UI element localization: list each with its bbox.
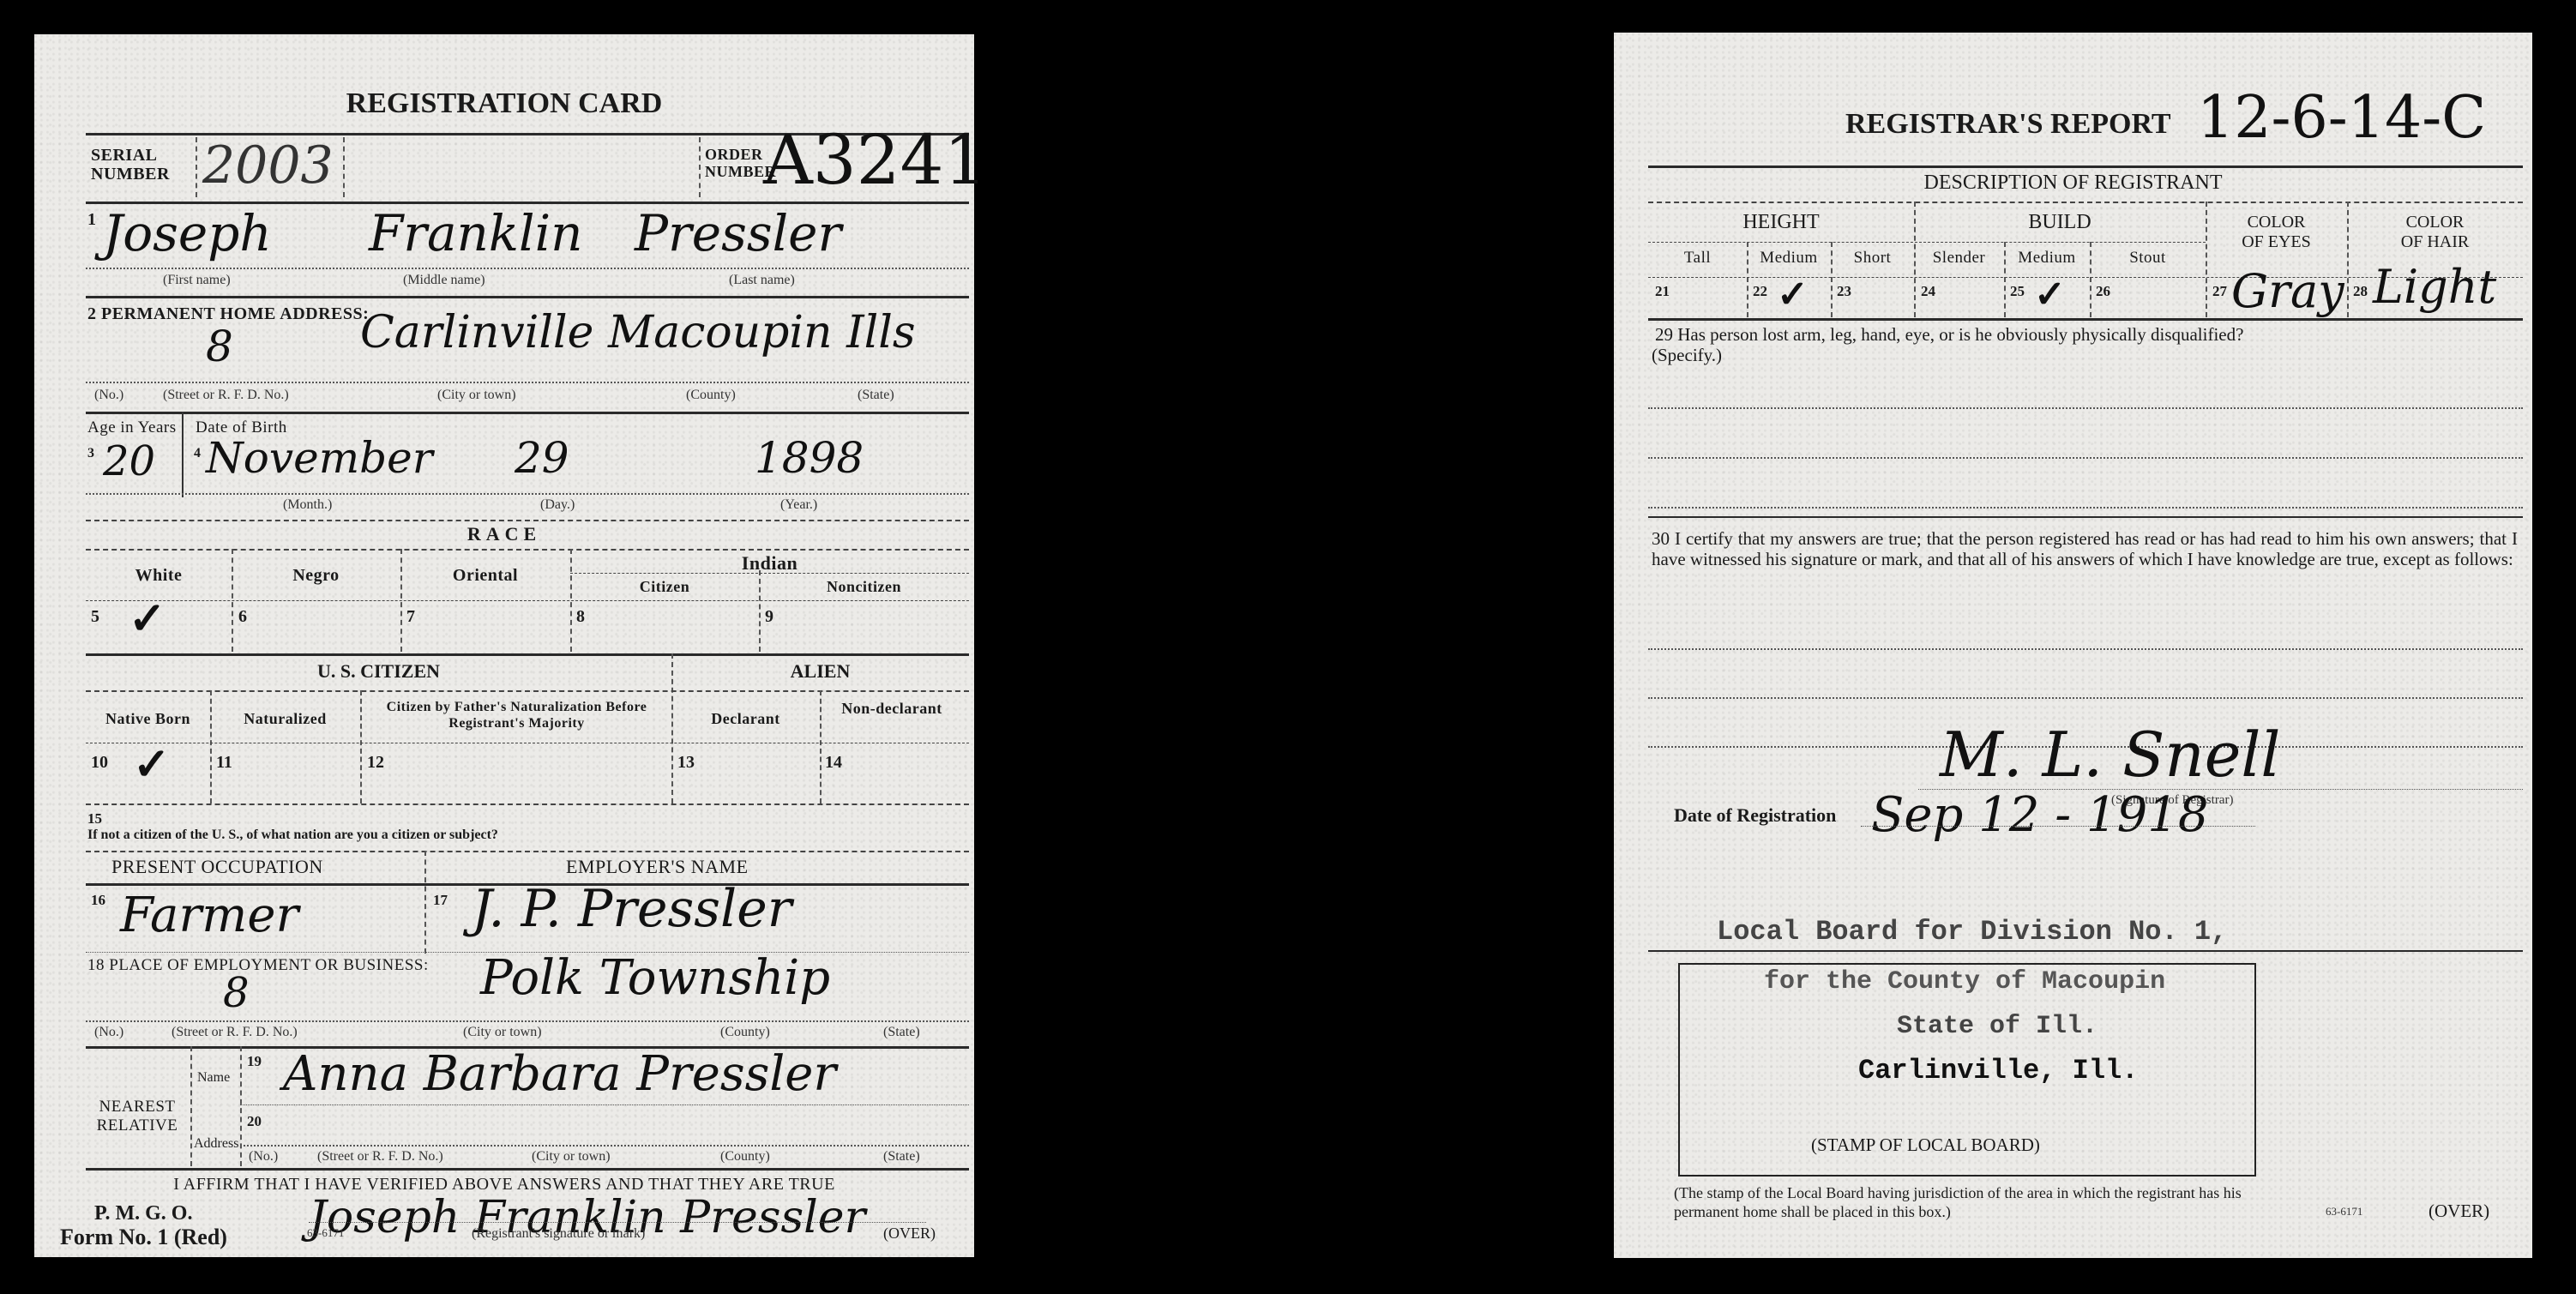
- stamp-caption: (STAMP OF LOCAL BOARD): [1811, 1135, 2040, 1156]
- last-name-caption: (Last name): [729, 273, 795, 288]
- divider: [210, 690, 212, 803]
- build-slender-label: Slender: [1914, 249, 2004, 268]
- divider: [240, 1145, 969, 1147]
- divider: [1648, 950, 2523, 952]
- caption: (Street or R. F. D. No.): [163, 388, 289, 403]
- signature-caption: (Registrant's signature or mark): [472, 1226, 645, 1242]
- field-number: 26: [2096, 283, 2110, 300]
- employer-label: EMPLOYER'S NAME: [566, 856, 749, 878]
- divider: [190, 1046, 192, 1166]
- stamp-instructions: (The stamp of the Local Board having jur…: [1674, 1183, 2257, 1221]
- alien-heading: ALIEN: [671, 660, 969, 683]
- age-value: 20: [103, 437, 155, 485]
- divider: [86, 382, 969, 383]
- occupation-label: PRESENT OCCUPATION: [111, 856, 323, 878]
- serial-number-value: 2003: [202, 135, 334, 196]
- last-name-value: Pressler: [635, 204, 841, 262]
- checkmark-icon: ✓: [2034, 273, 2066, 316]
- field-number: 17: [433, 892, 448, 909]
- divider: [86, 743, 969, 743]
- caption: (Year.): [780, 497, 817, 513]
- divider: [1648, 166, 2523, 168]
- over-note: (OVER): [2429, 1201, 2489, 1222]
- registration-date-value: Sep 12 - 1918: [1871, 787, 2208, 843]
- home-address-value: Carlinville Macoupin Ills: [360, 307, 916, 358]
- answer-line: [1648, 697, 2523, 699]
- divider: [1648, 318, 2523, 321]
- caption: (No.): [249, 1149, 278, 1165]
- divider: [86, 549, 969, 551]
- divider: [1648, 202, 2523, 203]
- field-number: 20: [247, 1113, 262, 1130]
- divider: [570, 573, 969, 574]
- caption: (County): [720, 1025, 770, 1040]
- native-born-label: Native Born: [86, 710, 210, 728]
- registration-date-label: Date of Registration: [1674, 804, 1836, 827]
- hair-color-value: Light: [2373, 260, 2496, 314]
- divider: [424, 851, 426, 954]
- height-medium-label: Medium: [1747, 249, 1831, 268]
- stamp-state-line: State of Ill.: [1897, 1012, 2098, 1041]
- field-number: 28: [2353, 283, 2368, 300]
- stamp-city-line: Carlinville, Ill.: [1858, 1055, 2138, 1086]
- height-short-label: Short: [1831, 249, 1914, 268]
- divider: [240, 1046, 242, 1166]
- build-medium-label: Medium: [2004, 249, 2090, 268]
- hair-color-heading: COLOR OF HAIR: [2347, 213, 2523, 252]
- field-number: 21: [1655, 283, 1670, 300]
- registrar-certification-text: 30 I certify that my answers are true; t…: [1652, 528, 2518, 569]
- relative-name-label: Name: [197, 1070, 230, 1086]
- description-heading: DESCRIPTION OF REGISTRANT: [1614, 172, 2532, 195]
- race-heading: RACE: [34, 523, 974, 545]
- divider: [671, 653, 673, 803]
- caption: (City or town): [532, 1149, 611, 1165]
- caption: (County): [686, 388, 736, 403]
- eye-color-value: Gray: [2231, 264, 2344, 318]
- registration-card-front: REGISTRATION CARD SERIAL NUMBER 2003 ORD…: [34, 34, 974, 1257]
- divider: [86, 520, 969, 521]
- dob-day-value: 29: [515, 433, 569, 483]
- caption: (Street or R. F. D. No.): [317, 1149, 443, 1165]
- divider: [1861, 826, 2255, 827]
- field-number: 15: [87, 810, 102, 828]
- over-note: (OVER): [883, 1225, 936, 1243]
- field-number: 9: [765, 607, 773, 627]
- first-name-caption: (First name): [163, 273, 231, 288]
- nationality-question: If not a citizen of the U. S., of what n…: [87, 828, 498, 843]
- divider: [86, 653, 969, 656]
- caption: (Day.): [540, 497, 575, 513]
- us-citizen-heading: U. S. CITIZEN: [86, 660, 671, 683]
- race-oriental-label: Oriental: [400, 566, 570, 586]
- build-stout-label: Stout: [2090, 249, 2206, 268]
- nearest-relative-label: NEAREST RELATIVE: [86, 1098, 189, 1135]
- field-number: 1: [87, 210, 96, 230]
- answer-line: [1648, 457, 2523, 459]
- caption: (State): [883, 1149, 920, 1165]
- age-label: Age in Years: [87, 418, 177, 437]
- place-of-employment-label: 18 PLACE OF EMPLOYMENT OR BUSINESS:: [87, 956, 429, 975]
- caption: (City or town): [463, 1025, 542, 1040]
- divider: [182, 412, 184, 497]
- race-indian-citizen-label: Citizen: [570, 578, 759, 596]
- card-title: REGISTRATION CARD: [34, 87, 974, 120]
- checkmark-icon: ✓: [129, 593, 166, 645]
- divider: [360, 690, 362, 803]
- divider: [86, 493, 969, 495]
- race-white-label: White: [86, 566, 232, 586]
- caption: (County): [720, 1149, 770, 1165]
- home-address-number: 8: [206, 322, 233, 371]
- divider: [86, 851, 969, 852]
- employer-value: J. P. Pressler: [472, 879, 791, 939]
- serial-number-label: SERIAL NUMBER: [91, 146, 170, 184]
- form-code: 63-6171: [307, 1226, 344, 1240]
- registration-card-back: REGISTRAR'S REPORT 12-6-14-C DESCRIPTION…: [1614, 33, 2532, 1258]
- field-number: 5: [91, 607, 99, 627]
- height-tall-label: Tall: [1648, 249, 1747, 268]
- field-number: 4: [194, 446, 201, 461]
- field-number: 22: [1753, 283, 1767, 300]
- divider: [240, 1104, 969, 1105]
- divider: [86, 1020, 969, 1022]
- field-number: 27: [2212, 283, 2227, 300]
- field-number: 8: [576, 607, 585, 627]
- answer-line: [1648, 407, 2523, 409]
- divider: [309, 1222, 926, 1223]
- caption: (State): [858, 388, 894, 403]
- declarant-label: Declarant: [671, 710, 820, 728]
- race-indian-label: Indian: [570, 552, 969, 575]
- field-number: 25: [2010, 283, 2025, 300]
- divider: [86, 690, 969, 692]
- physical-disqualification-question: 29 Has person lost arm, leg, hand, eye, …: [1655, 324, 2243, 346]
- order-number-value: A3241: [763, 120, 987, 200]
- race-negro-label: Negro: [232, 566, 400, 586]
- field-number: 6: [238, 607, 247, 627]
- field-number: 19: [247, 1053, 262, 1070]
- caption: (No.): [94, 1025, 123, 1040]
- answer-line: [1648, 648, 2523, 650]
- local-board-line: Local Board for Division No. 1,: [1717, 916, 2227, 948]
- non-declarant-label: Non-declarant: [832, 699, 952, 718]
- report-code: 12-6-14-C: [2197, 84, 2486, 152]
- relative-address-label: Address: [194, 1136, 238, 1152]
- field-number: 23: [1837, 283, 1851, 300]
- form-code: 63-6171: [2326, 1205, 2362, 1219]
- divider: [820, 690, 822, 803]
- divider: [86, 412, 969, 414]
- place-of-employment-value: Polk Township: [480, 950, 830, 1006]
- divider: [343, 137, 345, 197]
- field-number: 7: [406, 607, 415, 627]
- naturalized-label: Naturalized: [210, 710, 360, 728]
- divider: [196, 137, 197, 197]
- field-number: 12: [367, 753, 384, 773]
- caption: (Street or R. F. D. No.): [172, 1025, 298, 1040]
- field-number: 16: [91, 892, 105, 909]
- divider: [1648, 516, 2523, 518]
- field-number: 14: [825, 753, 842, 773]
- place-of-employment-number: 8: [223, 969, 250, 1017]
- height-heading: HEIGHT: [1648, 211, 1914, 234]
- field-number: 10: [91, 753, 108, 773]
- divider: [86, 296, 969, 298]
- race-indian-noncitizen-label: Noncitizen: [759, 578, 969, 596]
- dob-year-value: 1898: [755, 433, 864, 483]
- registrar-signature: M. L. Snell: [1940, 719, 2280, 791]
- first-name-value: Joseph: [103, 204, 272, 262]
- checkmark-icon: ✓: [1777, 273, 1809, 316]
- relative-name-value: Anna Barbara Pressler: [283, 1046, 836, 1102]
- caption: (No.): [94, 388, 123, 403]
- registrar-report-title: REGISTRAR'S REPORT: [1845, 108, 2171, 141]
- build-heading: BUILD: [1914, 211, 2206, 234]
- field-number: 13: [677, 753, 695, 773]
- middle-name-caption: (Middle name): [403, 273, 485, 288]
- answer-line: [1648, 507, 2523, 509]
- middle-name-value: Franklin: [369, 204, 583, 262]
- form-number: Form No. 1 (Red): [60, 1225, 227, 1250]
- checkmark-icon: ✓: [133, 739, 171, 791]
- stamp-county-line: for the County of Macoupin: [1764, 967, 2165, 996]
- citizen-by-father-label: Citizen by Father's Naturalization Befor…: [364, 699, 669, 731]
- pmgo-label: P. M. G. O.: [94, 1202, 192, 1225]
- divider: [86, 268, 969, 269]
- field-number: 11: [216, 753, 232, 773]
- dob-month-value: November: [206, 433, 433, 483]
- divider: [699, 137, 701, 197]
- field-number: 3: [87, 446, 94, 461]
- eye-color-heading: COLOR OF EYES: [2206, 213, 2347, 252]
- field-number: 24: [1921, 283, 1935, 300]
- occupation-value: Farmer: [120, 888, 298, 943]
- divider: [86, 1168, 969, 1171]
- caption: (State): [883, 1025, 920, 1040]
- caption: (City or town): [437, 388, 516, 403]
- specify-label: (Specify.): [1652, 345, 1722, 366]
- caption: (Month.): [283, 497, 332, 513]
- divider: [86, 803, 969, 805]
- divider: [86, 600, 969, 601]
- divider: [1648, 242, 2206, 243]
